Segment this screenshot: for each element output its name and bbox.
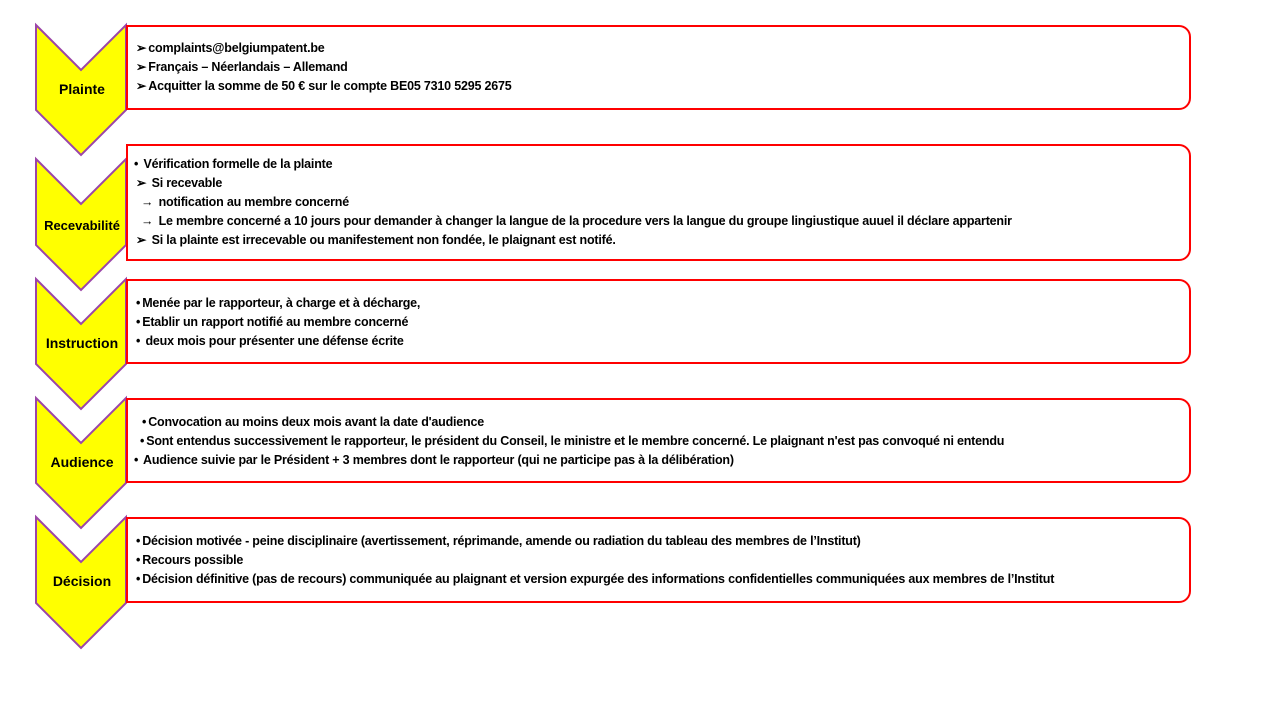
detail-line: •Convocation au moins deux mois avant la… [142,413,484,432]
arrowhead-bullet-icon: ➢ [136,231,146,250]
detail-line: → notification au membre concerné [141,193,349,212]
detail-line: •Etablir un rapport notifié au membre co… [136,313,408,332]
step-details-box: ➢complaints@belgiumpatent.be ➢Français –… [126,25,1191,110]
step-details-box: •Menée par le rapporteur, à charge et à … [126,279,1191,364]
dot-bullet-icon: • [136,551,140,570]
step-details-box: •Décision motivée - peine disciplinaire … [126,517,1191,603]
detail-line: → Le membre concerné a 10 jours pour dem… [141,212,1012,231]
arrowhead-bullet-icon: ➢ [136,77,146,96]
right-arrow-icon: → [141,193,153,212]
detail-line: •Sont entendus successivement le rapport… [140,432,1004,451]
step-label: Recevabilité [34,218,130,233]
step-details-box: • Vérification formelle de la plainte ➢ … [126,144,1191,261]
arrowhead-bullet-icon: ➢ [136,58,146,77]
dot-bullet-icon: • [136,313,140,332]
step-details-box: •Convocation au moins deux mois avant la… [126,398,1191,483]
detail-line: • Vérification formelle de la plainte [134,155,332,174]
detail-line: •Décision définitive (pas de recours) co… [136,570,1054,589]
dot-bullet-icon: • [134,155,138,174]
arrowhead-bullet-icon: ➢ [136,39,146,58]
chevron-instruction: Instruction [34,279,130,410]
chevron-plainte: Plainte [34,25,130,156]
detail-line: • deux mois pour présenter une défense é… [136,332,404,351]
dot-bullet-icon: • [136,294,140,313]
dot-bullet-icon: • [142,413,146,432]
step-label: Décision [34,573,130,589]
detail-line: ➢ Si recevable [136,174,222,193]
detail-line: ➢Acquitter la somme de 50 € sur le compt… [136,77,511,96]
detail-line: • Audience suivie par le Président + 3 m… [134,451,734,470]
detail-line: •Menée par le rapporteur, à charge et à … [136,294,420,313]
detail-line: •Recours possible [136,551,243,570]
detail-line: •Décision motivée - peine disciplinaire … [136,532,861,551]
detail-line: ➢Français – Néerlandais – Allemand [136,58,348,77]
step-label: Plainte [34,81,130,97]
dot-bullet-icon: • [136,570,140,589]
dot-bullet-icon: • [140,432,144,451]
dot-bullet-icon: • [134,451,138,470]
chevron-audience: Audience [34,398,130,529]
chevron-decision: Décision [34,517,130,649]
right-arrow-icon: → [141,212,153,231]
detail-line: ➢complaints@belgiumpatent.be [136,39,325,58]
step-label: Instruction [34,335,130,351]
dot-bullet-icon: • [136,332,140,351]
step-label: Audience [34,454,130,470]
arrowhead-bullet-icon: ➢ [136,174,146,193]
detail-line: ➢ Si la plainte est irrecevable ou manif… [136,231,616,250]
chevron-recevabilite: Recevabilité [34,159,130,290]
dot-bullet-icon: • [136,532,140,551]
